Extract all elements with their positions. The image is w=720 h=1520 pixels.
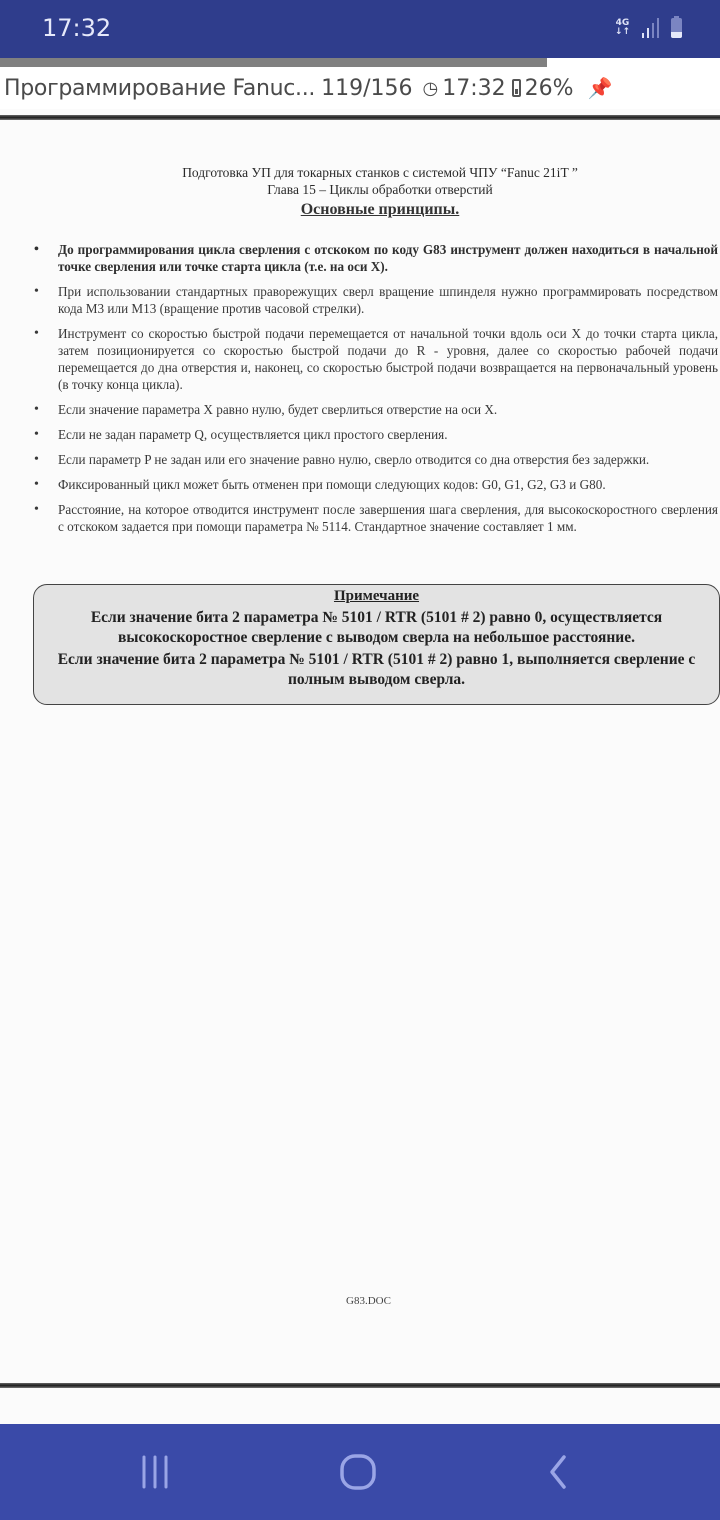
reader-time: 17:32 <box>442 76 505 101</box>
list-item: Если значение параметра X равно нулю, бу… <box>34 401 718 418</box>
back-button[interactable] <box>530 1454 590 1490</box>
note-paragraph-2: Если значение бита 2 параметра № 5101 / … <box>34 650 719 690</box>
list-item: При использовании стандартных праворежущ… <box>34 283 718 317</box>
document-header: Подготовка УП для токарных станков с сис… <box>0 164 720 198</box>
battery-icon <box>671 18 682 38</box>
page-indicator: 119/156 <box>321 76 412 101</box>
network-4g-icon: 4G ↓↑ <box>615 19 630 37</box>
home-button[interactable] <box>328 1454 388 1490</box>
data-arrows-icon: ↓↑ <box>615 28 630 37</box>
home-icon <box>338 1452 378 1492</box>
battery-percent: 26% <box>525 76 574 101</box>
recents-icon <box>140 1454 174 1490</box>
page-top-border <box>0 115 720 120</box>
signal-icon <box>642 18 659 38</box>
reading-progress-bar[interactable] <box>0 58 720 67</box>
note-box: Примечание Если значение бита 2 параметр… <box>33 584 720 705</box>
header-line-2: Глава 15 – Циклы обработки отверстий <box>0 181 720 198</box>
list-item: Если не задан параметр Q, осуществляется… <box>34 426 718 443</box>
reading-progress-fill <box>0 58 547 67</box>
section-title: Основные принципы. <box>0 201 720 219</box>
list-item: Фиксированный цикл может быть отменен пр… <box>34 476 718 493</box>
status-icons: 4G ↓↑ <box>615 18 682 38</box>
list-item: Если параметр P не задан или его значени… <box>34 451 718 468</box>
document-page[interactable]: Подготовка УП для токарных станков с сис… <box>0 109 720 1424</box>
book-title: Программирование Fanuc... <box>4 76 315 101</box>
pin-icon[interactable]: 📌 <box>588 76 613 100</box>
footer-filename: G83.DOC <box>346 1295 391 1307</box>
principles-list: До программирования цикла сверления с от… <box>34 241 718 543</box>
header-line-1: Подготовка УП для токарных станков с сис… <box>0 164 720 181</box>
status-bar: 17:32 4G ↓↑ <box>0 0 720 58</box>
note-paragraph-1: Если значение бита 2 параметра № 5101 / … <box>34 608 719 648</box>
back-icon <box>545 1454 575 1490</box>
navigation-bar <box>0 1424 720 1520</box>
reader-header: Программирование Fanuc... 119/156 ◷ 17:3… <box>0 67 720 109</box>
battery-icon <box>512 79 521 97</box>
clock-icon: ◷ <box>423 78 439 99</box>
list-item: Расстояние, на которое отводится инструм… <box>34 501 718 535</box>
list-item: До программирования цикла сверления с от… <box>34 241 718 275</box>
recents-button[interactable] <box>127 1454 187 1490</box>
status-time: 17:32 <box>42 14 111 42</box>
note-title: Примечание <box>34 587 719 606</box>
list-item: Инструмент со скоростью быстрой подачи п… <box>34 325 718 393</box>
page-bottom-border <box>0 1383 720 1388</box>
